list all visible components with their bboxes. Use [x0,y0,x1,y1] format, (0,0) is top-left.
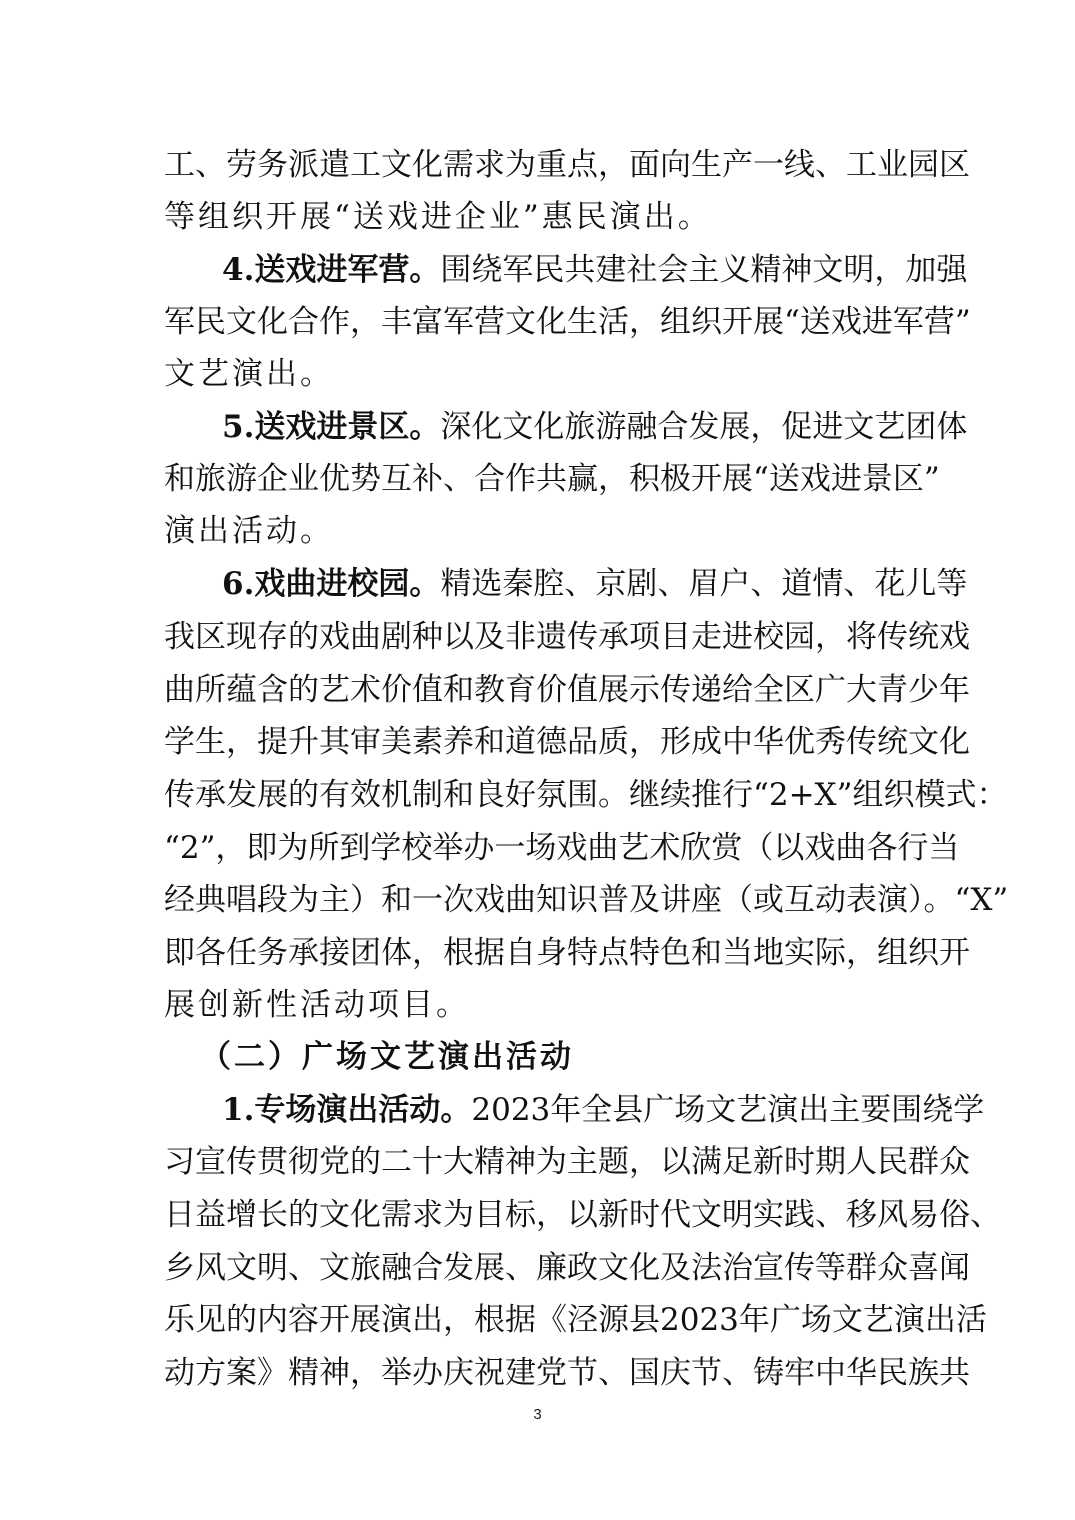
item-title-6: 6.戏曲进校园。 [222,566,440,602]
item-title-5: 5.送戏进景区。 [222,409,440,445]
line-text: 深化文化旅游融合发展，促进文艺团体 [440,409,967,445]
line-text: 学生，提升其审美素养和道德品质，形成中华优秀传统文化 [164,724,970,760]
line-text: 军民文化合作，丰富军营文化生活，组织开展“送戏进军营” [164,304,971,340]
paragraph-line: “2”，即为所到学校举办一场戏曲艺术欣赏（以戏曲各行当 [164,828,919,868]
paragraph-line: 日益增长的文化需求为目标，以新时代文明实践、移风易俗、 [164,1195,919,1235]
line-text: 展创新性活动项目。 [164,987,470,1023]
paragraph-line: 和旅游企业优势互补、合作共赢，积极开展“送戏进景区” [164,459,919,499]
paragraph-line: 学生，提升其审美素养和道德品质，形成中华优秀传统文化 [164,722,919,762]
document-page: 工、劳务派遣工文化需求为重点，面向生产一线、工业园区 等组织开展“送戏进企业”惠… [0,0,1075,1520]
line-text: 乡风文明、文旅融合发展、廉政文化及法治宣传等群众喜闻 [164,1250,970,1286]
section-heading-text: （二）广场文艺演出活动 [200,1039,574,1075]
paragraph-line: 文艺演出。 [164,354,919,394]
paragraph-line: 工、劳务派遣工文化需求为重点，面向生产一线、工业园区 [164,145,919,185]
line-text: 即各任务承接团体，根据自身特点特色和当地实际，组织开 [164,935,970,971]
item-title-4: 4.送戏进军营。 [222,252,440,288]
line-text: 工、劳务派遣工文化需求为重点，面向生产一线、工业园区 [164,147,970,183]
line-text: 围绕军民共建社会主义精神文明，加强 [440,252,967,288]
line-text: 文艺演出。 [164,356,334,392]
line-text: 动方案》精神，举办庆祝建党节、国庆节、铸牢中华民族共 [164,1355,970,1391]
paragraph-line: 展创新性活动项目。 [164,985,919,1025]
paragraph-line: 即各任务承接团体，根据自身特点特色和当地实际，组织开 [164,933,919,973]
paragraph-line: 乡风文明、文旅融合发展、廉政文化及法治宣传等群众喜闻 [164,1248,919,1288]
section-heading: （二）广场文艺演出活动 [200,1037,897,1077]
paragraph-line: 演出活动。 [164,511,919,551]
paragraph-line: 传承发展的有效机制和良好氛围。继续推行“2+X”组织模式： [164,775,919,815]
item-title-1: 1.专场演出活动。 [222,1092,471,1128]
paragraph-line: 我区现存的戏曲剧种以及非遗传承项目走进校园，将传统戏 [164,617,919,657]
paragraph-line: 5.送戏进景区。深化文化旅游融合发展，促进文艺团体 [222,407,919,447]
paragraph-line: 曲所蕴含的艺术价值和教育价值展示传递给全区广大青少年 [164,670,919,710]
paragraph-line: 乐见的内容开展演出，根据《泾源县2023年广场文艺演出活 [164,1300,919,1340]
line-text: 我区现存的戏曲剧种以及非遗传承项目走进校园，将传统戏 [164,619,970,655]
line-text: 传承发展的有效机制和良好氛围。继续推行“2+X”组织模式： [164,777,1007,813]
paragraph-line: 等组织开展“送戏进企业”惠民演出。 [164,197,919,237]
line-text: 2023年全县广场文艺演出主要围绕学 [471,1092,984,1128]
line-text: 乐见的内容开展演出，根据《泾源县2023年广场文艺演出活 [164,1302,987,1338]
page-number: 3 [0,1406,1075,1423]
paragraph-line: 动方案》精神，举办庆祝建党节、国庆节、铸牢中华民族共 [164,1353,919,1393]
paragraph-line: 4.送戏进军营。围绕军民共建社会主义精神文明，加强 [222,250,919,290]
paragraph-line: 习宣传贯彻党的二十大精神为主题，以满足新时期人民群众 [164,1142,919,1182]
paragraph-line: 经典唱段为主）和一次戏曲知识普及讲座（或互动表演）。“X” [164,880,919,920]
line-text: “2”，即为所到学校举办一场戏曲艺术欣赏（以戏曲各行当 [164,830,959,866]
line-text: 曲所蕴含的艺术价值和教育价值展示传递给全区广大青少年 [164,672,970,708]
line-text: 精选秦腔、京剧、眉户、道情、花儿等 [440,566,967,602]
line-text: 和旅游企业优势互补、合作共赢，积极开展“送戏进景区” [164,461,940,497]
paragraph-line: 军民文化合作，丰富军营文化生活，组织开展“送戏进军营” [164,302,919,342]
paragraph-line: 1.专场演出活动。2023年全县广场文艺演出主要围绕学 [222,1090,919,1130]
line-text: 等组织开展“送戏进企业”惠民演出。 [164,199,712,235]
line-text: 演出活动。 [164,513,334,549]
line-text: 经典唱段为主）和一次戏曲知识普及讲座（或互动表演）。“X” [164,882,1008,918]
paragraph-line: 6.戏曲进校园。精选秦腔、京剧、眉户、道情、花儿等 [222,564,919,604]
line-text: 日益增长的文化需求为目标，以新时代文明实践、移风易俗、 [164,1197,1001,1233]
line-text: 习宣传贯彻党的二十大精神为主题，以满足新时期人民群众 [164,1144,970,1180]
